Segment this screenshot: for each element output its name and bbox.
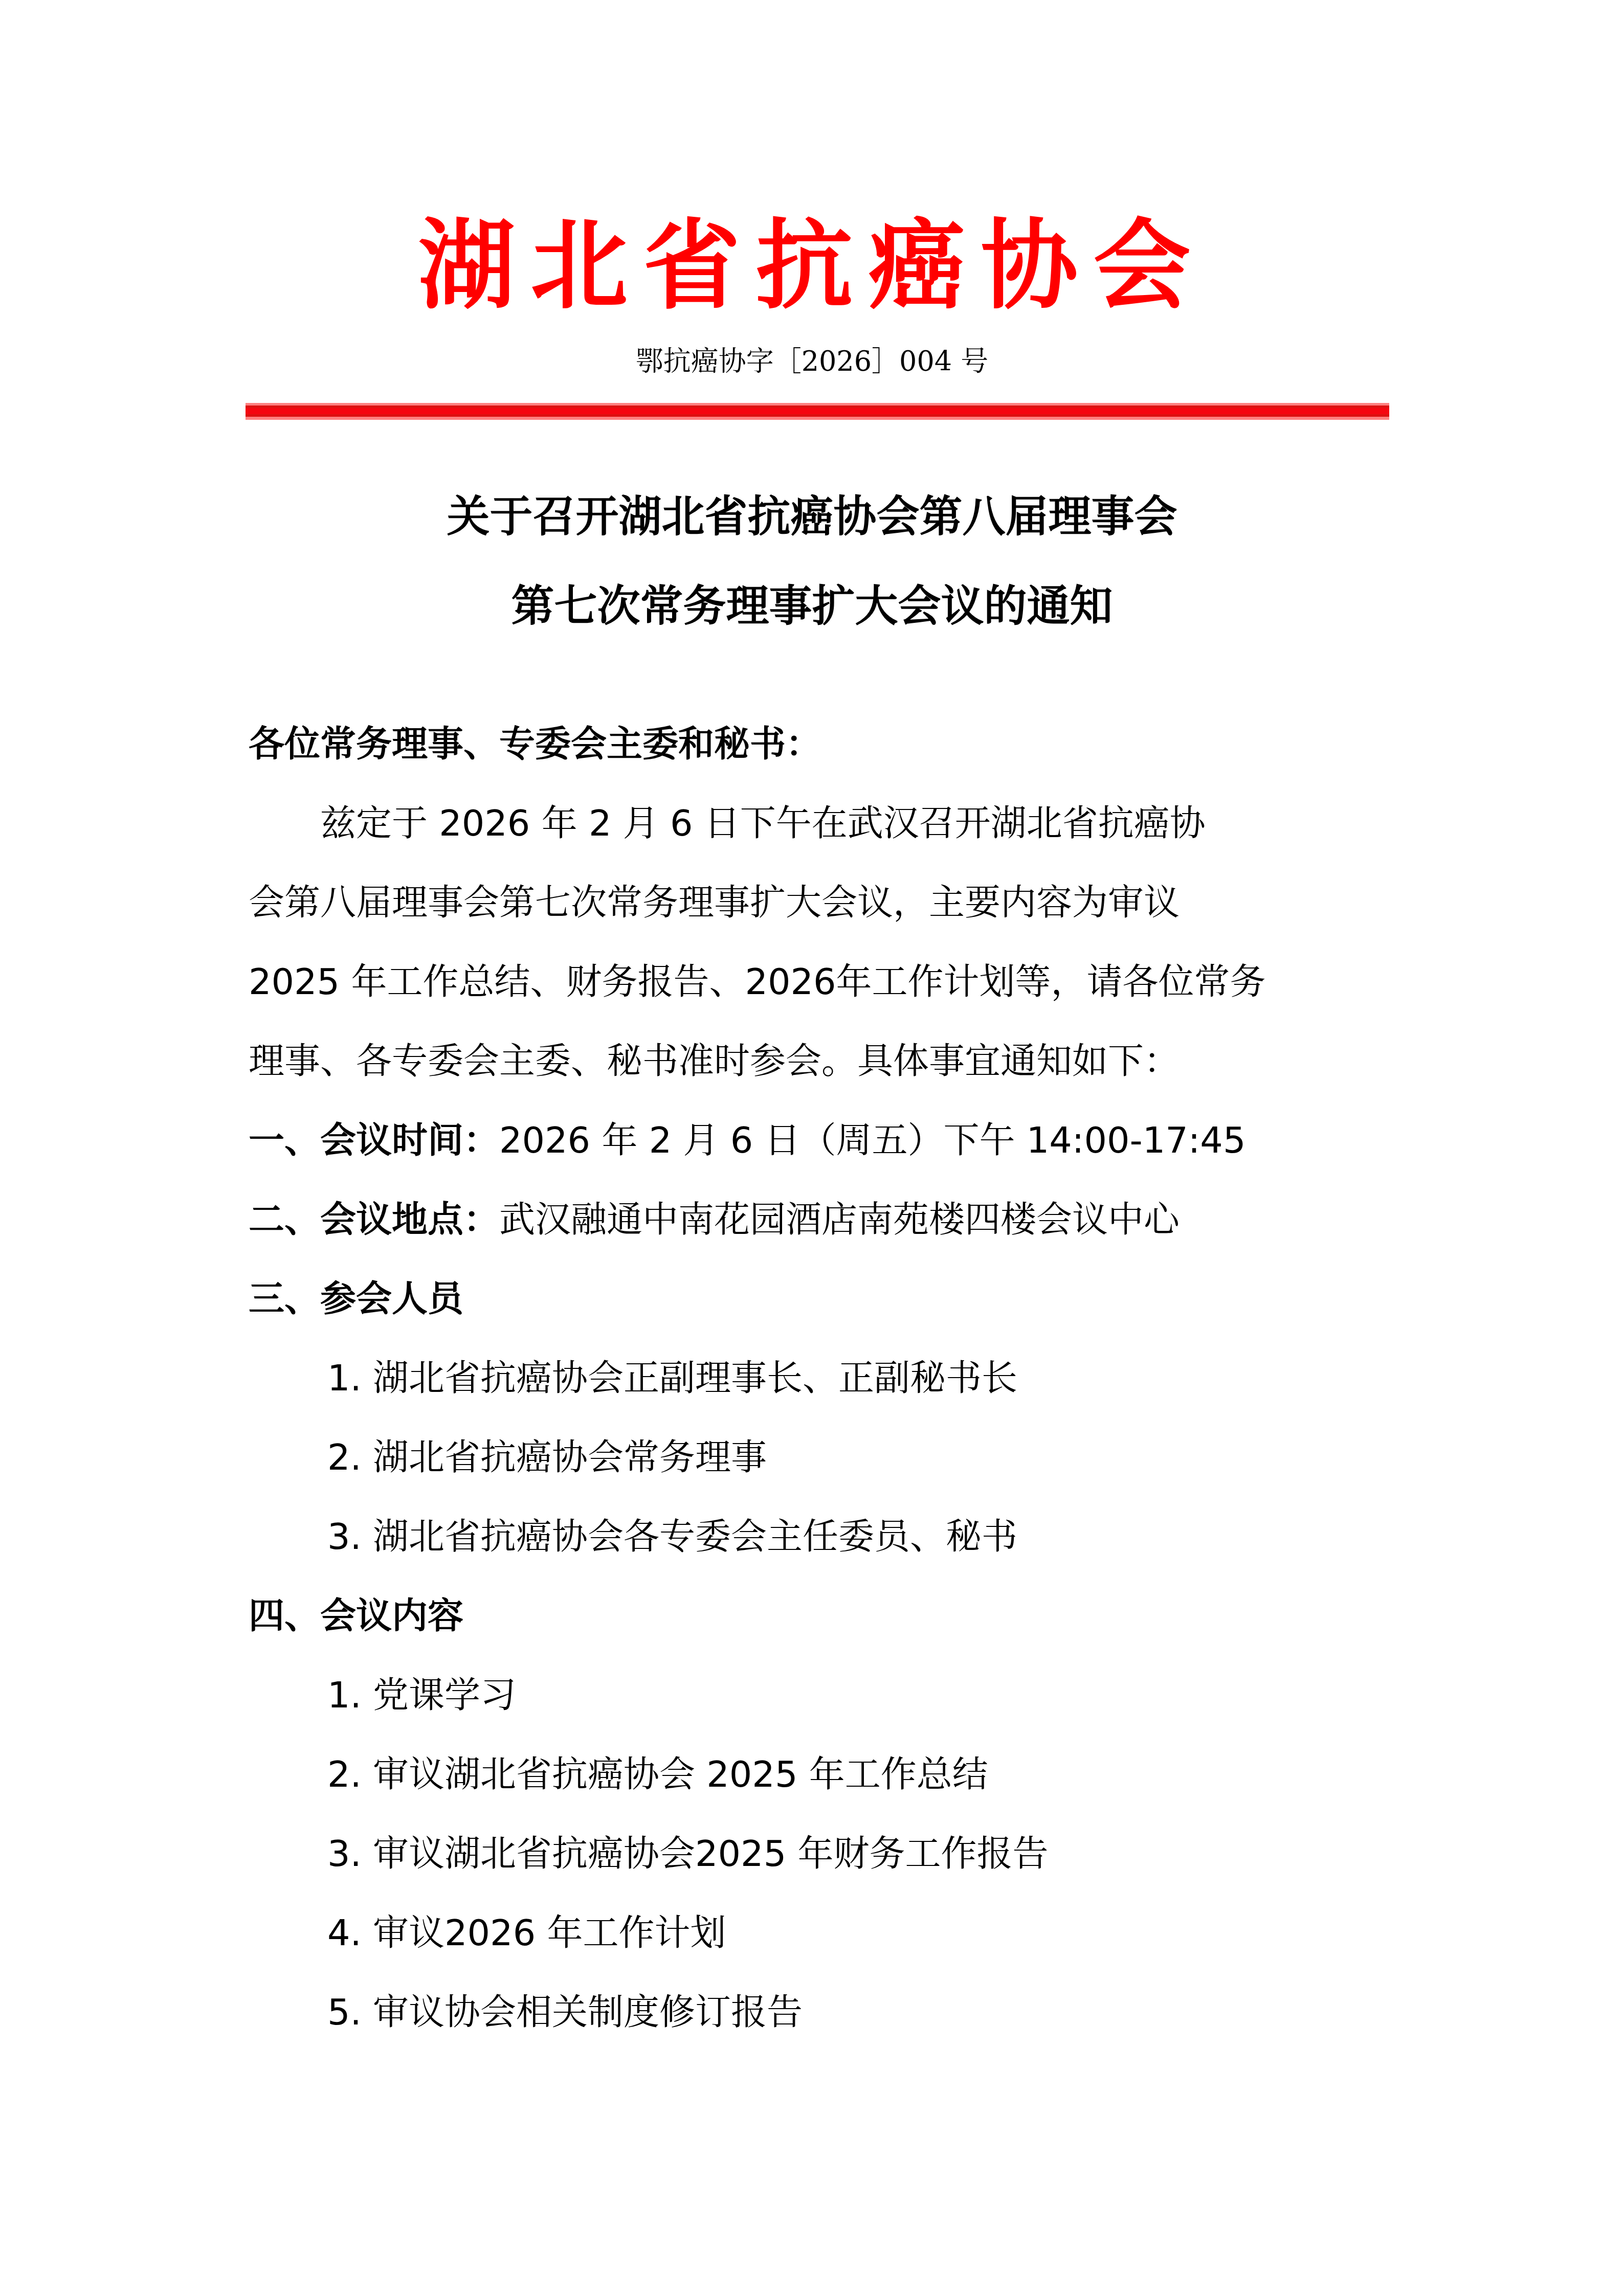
intro-paragraph-line: 理事、各专委会主委、秘书准时参会。具体事宜通知如下： [249,1036,1394,1087]
agenda-list-item: 5. 审议协会相关制度修订报告 [327,1987,1473,2038]
section-agenda: 四、会议内容 [249,1590,1394,1641]
agenda-list-item: 3. 审议湖北省抗癌协会2025 年财务工作报告 [327,1828,1473,1879]
document-title-line-1: 关于召开湖北省抗癌协会第八届理事会 [0,491,1624,542]
attendee-list-item: 3. 湖北省抗癌协会各专委会主任委员、秘书 [327,1511,1473,1562]
meeting-time-value: 2026 年 2 月 6 日（周五）下午 14:00-17:45 [499,1119,1245,1161]
document-page: 湖北省抗癌协会 鄂抗癌协字［2026］004 号 关于召开湖北省抗癌协会第八届理… [0,0,1624,2296]
agenda-list-item: 4. 审议2026 年工作计划 [327,1907,1473,1959]
organization-masthead: 湖北省抗癌协会 [0,215,1624,317]
agenda-list-item: 2. 审议湖北省抗癌协会 2025 年工作总结 [327,1749,1473,1800]
section-meeting-location: 二、会议地点：武汉融通中南花园酒店南苑楼四楼会议中心 [249,1194,1394,1245]
document-title-line-2: 第七次常务理事扩大会议的通知 [0,580,1624,632]
intro-paragraph-line: 2025 年工作总结、财务报告、2026年工作计划等，请各位常务 [249,956,1394,1007]
meeting-location-value: 武汉融通中南花园酒店南苑楼四楼会议中心 [499,1199,1180,1241]
attendee-list-item: 2. 湖北省抗癌协会常务理事 [327,1432,1473,1483]
intro-paragraph-line: 兹定于 2026 年 2 月 6 日下午在武汉召开湖北省抗癌协 [320,798,1466,849]
red-header-rule [246,403,1389,420]
section-label: 三、参会人员 [249,1278,463,1320]
section-meeting-time: 一、会议时间：2026 年 2 月 6 日（周五）下午 14:00-17:45 [249,1115,1394,1166]
attendee-list-item: 1. 湖北省抗癌协会正副理事长、正副秘书长 [327,1353,1473,1404]
section-label: 二、会议地点： [249,1199,499,1241]
salutation: 各位常务理事、专委会主委和秘书： [249,718,1394,770]
section-label: 一、会议时间： [249,1119,499,1161]
intro-paragraph-line: 会第八届理事会第七次常务理事扩大会议，主要内容为审议 [249,877,1394,928]
section-label: 四、会议内容 [249,1595,463,1637]
agenda-list-item: 1. 党课学习 [327,1670,1473,1721]
section-attendees: 三、参会人员 [249,1273,1394,1324]
document-number: 鄂抗癌协字［2026］004 号 [0,344,1624,379]
